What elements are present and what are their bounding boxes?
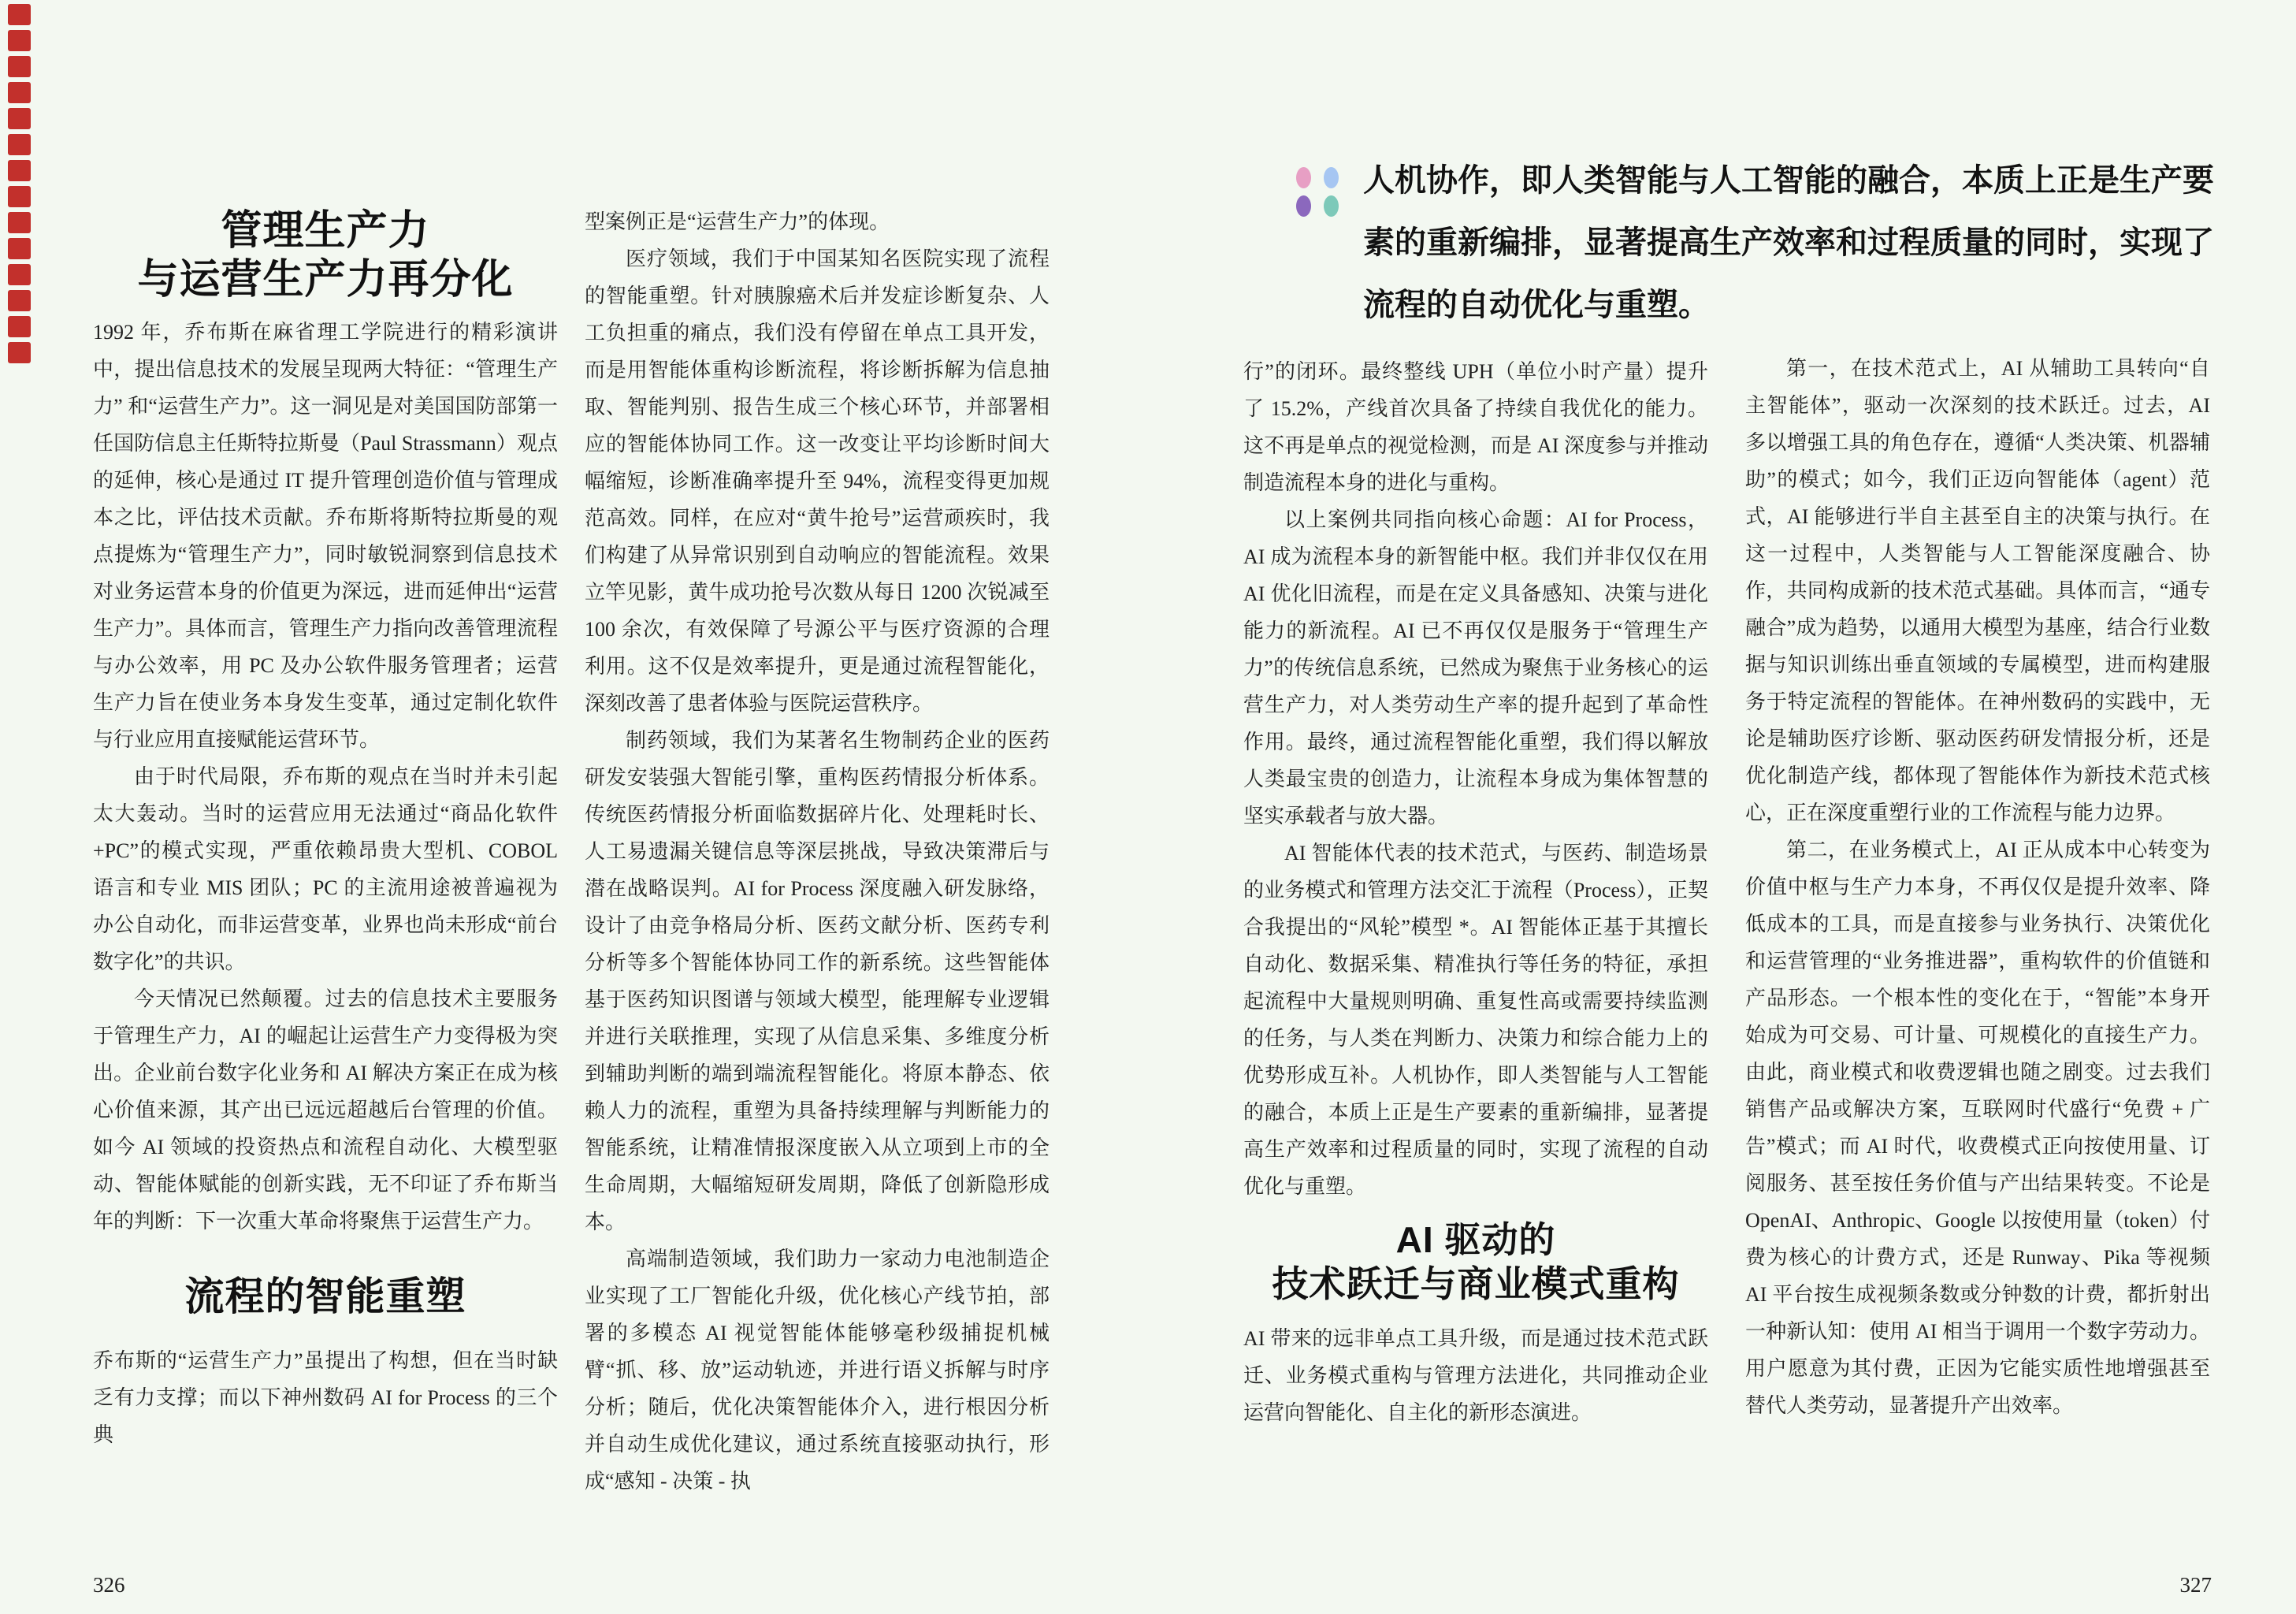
section-heading-line1: AI 驱动的	[1396, 1219, 1556, 1260]
right-page-column-1: 行”的闭环。最终整线 UPH（单位小时产量）提升了 15.2%，产线首次具备了持…	[1243, 353, 1708, 1431]
body-paragraph: 由于时代局限，乔布斯的观点在当时并未引起太大轰动。当时的运营应用无法通过“商品化…	[93, 758, 558, 980]
edge-mark	[8, 30, 31, 51]
body-paragraph: 第二，在业务模式上，AI 正从成本中心转变为价值中枢与生产力本身，不再仅仅是提升…	[1745, 831, 2210, 1424]
right-page-column-2: 第一，在技术范式上，AI 从辅助工具转向“自主智能体”，驱动一次深刻的技术跃迁。…	[1745, 350, 2210, 1424]
pull-quote-text: 人机协作，即人类智能与人工智能的融合，本质上正是生产要素的重新编排，显著提高生产…	[1363, 150, 2218, 337]
body-paragraph: 以上案例共同指向核心命题：AI for Process，AI 成为流程本身的新智…	[1243, 501, 1708, 835]
section-heading-line2: 技术跃迁与商业模式重构	[1272, 1263, 1680, 1304]
body-paragraph: 1992 年，乔布斯在麻省理工学院进行的精彩演讲中，提出信息技术的发展呈现两大特…	[93, 314, 558, 758]
edge-mark	[8, 342, 31, 363]
quote-dot-blue	[1324, 167, 1339, 188]
body-paragraph: 型案例正是“运营生产力”的体现。	[585, 203, 1050, 240]
edge-mark	[8, 264, 31, 285]
body-paragraph: AI 智能体代表的技术范式，与医药、制造场景的业务模式和管理方法交汇于流程（Pr…	[1243, 835, 1708, 1205]
body-paragraph: 今天情况已然颠覆。过去的信息技术主要服务于管理生产力，AI 的崛起让运营生产力变…	[93, 980, 558, 1240]
pull-quote: 人机协作，即人类智能与人工智能的融合，本质上正是生产要素的重新编排，显著提高生产…	[1363, 150, 2218, 337]
body-paragraph: 制药领域，我们为某著名生物制药企业的医药研发安装强大智能引擎，重构医药情报分析体…	[585, 722, 1050, 1240]
chapter-title-line1: 管理生产力	[221, 208, 429, 254]
left-page-column-2: 型案例正是“运营生产力”的体现。 医疗领域，我们于中国某知名医院实现了流程的智能…	[585, 203, 1050, 1500]
edge-mark	[8, 4, 31, 25]
body-paragraph: AI 带来的远非单点工具升级，而是通过技术范式跃迁、业务模式重构与管理方法进化，…	[1243, 1320, 1708, 1431]
left-page-column-1: 管理生产力 与运营生产力再分化 1992 年，乔布斯在麻省理工学院进行的精彩演讲…	[93, 206, 558, 1453]
edge-mark	[8, 290, 31, 311]
section-heading: AI 驱动的 技术跃迁与商业模式重构	[1243, 1218, 1708, 1306]
body-paragraph: 高端制造领域，我们助力一家动力电池制造企业实现了工厂智能化升级，优化核心产线节拍…	[585, 1240, 1050, 1500]
edge-mark	[8, 316, 31, 337]
body-paragraph: 乔布斯的“运营生产力”虽提出了构想，但在当时缺乏有力支撑；而以下神州数码 AI …	[93, 1342, 558, 1453]
book-spread: 管理生产力 与运营生产力再分化 1992 年，乔布斯在麻省理工学院进行的精彩演讲…	[0, 0, 2296, 1614]
chapter-title-line2: 与运营生产力再分化	[137, 257, 513, 303]
chapter-title: 管理生产力 与运营生产力再分化	[93, 206, 558, 304]
body-paragraph: 第一，在技术范式上，AI 从辅助工具转向“自主智能体”，驱动一次深刻的技术跃迁。…	[1745, 350, 2210, 831]
body-paragraph: 医疗领域，我们于中国某知名医院实现了流程的智能重塑。针对胰腺癌术后并发症诊断复杂…	[585, 240, 1050, 722]
edge-mark	[8, 212, 31, 233]
edge-mark	[8, 108, 31, 129]
edge-mark	[8, 160, 31, 181]
edge-mark	[8, 134, 31, 155]
quote-dot-teal	[1324, 195, 1339, 217]
page-number-right: 327	[2163, 1573, 2212, 1597]
section-heading: 流程的智能重塑	[93, 1274, 558, 1318]
body-paragraph: 行”的闭环。最终整线 UPH（单位小时产量）提升了 15.2%，产线首次具备了持…	[1243, 353, 1708, 501]
edge-mark	[8, 186, 31, 207]
page-number-left: 326	[93, 1573, 125, 1597]
quote-dot-pink	[1296, 167, 1311, 188]
edge-mark	[8, 56, 31, 77]
edge-mark	[8, 238, 31, 259]
edge-mark	[8, 82, 31, 103]
quote-dot-purple	[1296, 195, 1311, 217]
